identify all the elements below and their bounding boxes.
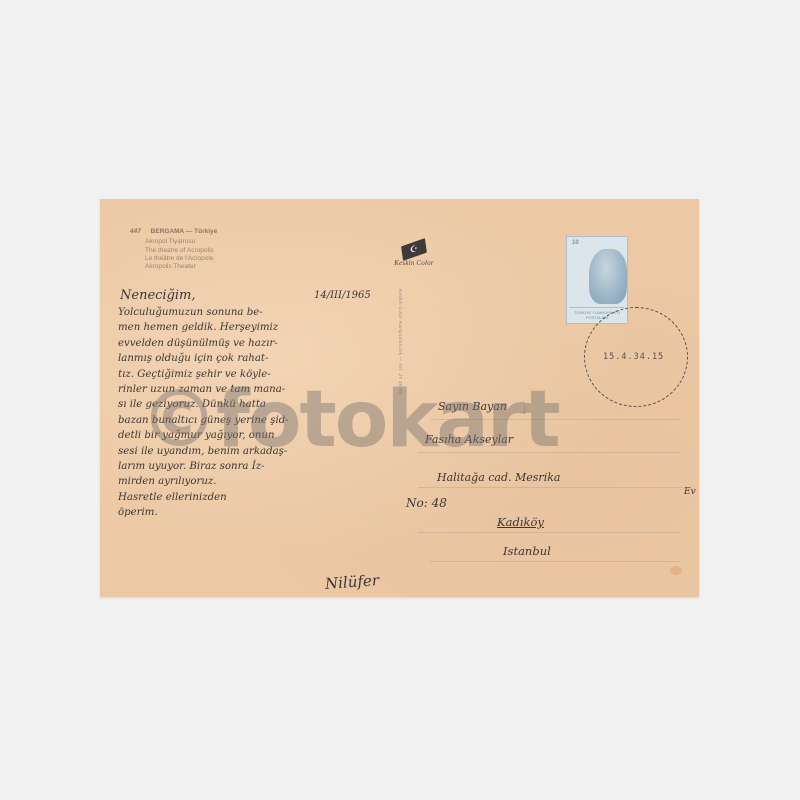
address-street: Halitağa cad. Mesrika xyxy=(437,471,560,484)
address-number: No: 48 xyxy=(406,496,447,510)
portrait-icon xyxy=(589,249,627,304)
publisher-logo: ☪ Keskin Color xyxy=(384,239,444,267)
caption-line: Le théâtre de l'Acropole xyxy=(130,255,217,263)
message-line: Yolculuğumuzun sonuna be- xyxy=(118,305,289,320)
caption-title: BERGAMA — Türkiye xyxy=(151,228,218,235)
turkish-flag-icon: ☪ xyxy=(401,238,427,261)
message-greeting: Neneciğim, xyxy=(120,287,289,305)
publisher-name: Keskin Color xyxy=(384,259,444,267)
address-district: Kadıköy xyxy=(497,515,544,529)
message-line: mirden ayrılıyoruz. xyxy=(118,474,289,489)
message-line: lanmış olduğu için çok rahat- xyxy=(118,351,289,366)
watermark: ©fotokart xyxy=(140,375,559,465)
message-line: evvelden düşünülmüş ve hazır- xyxy=(118,336,289,351)
message-line: men hemen geldik. Herşeyimiz xyxy=(118,320,289,335)
caption-number: 447 xyxy=(130,228,141,235)
stamp-value: 10 xyxy=(572,240,579,246)
signature: Nilüfer xyxy=(324,571,379,593)
message-line: öperim. xyxy=(118,505,289,520)
image-caption: 447 BERGAMA — Türkiye Akropol Tiyatrosu … xyxy=(130,228,217,271)
caption-line: Akropolis Theater xyxy=(130,263,217,271)
address-street-cont: Ev xyxy=(684,487,696,497)
caption-line: Akropol Tiyatrosu xyxy=(130,238,217,246)
caption-line: The theatre of Acropolis xyxy=(130,247,217,255)
postmark-date: 15.4.34.15 xyxy=(603,352,664,362)
paper-stain xyxy=(670,566,682,575)
address-rule xyxy=(418,487,686,488)
message-date: 14/III/1965 xyxy=(314,290,371,301)
address-rule xyxy=(418,532,680,533)
address-city: Istanbul xyxy=(503,544,551,558)
address-rule xyxy=(430,561,680,562)
message-line: Hasretle ellerinizden xyxy=(118,490,289,505)
caption-header: 447 BERGAMA — Türkiye xyxy=(130,228,217,236)
